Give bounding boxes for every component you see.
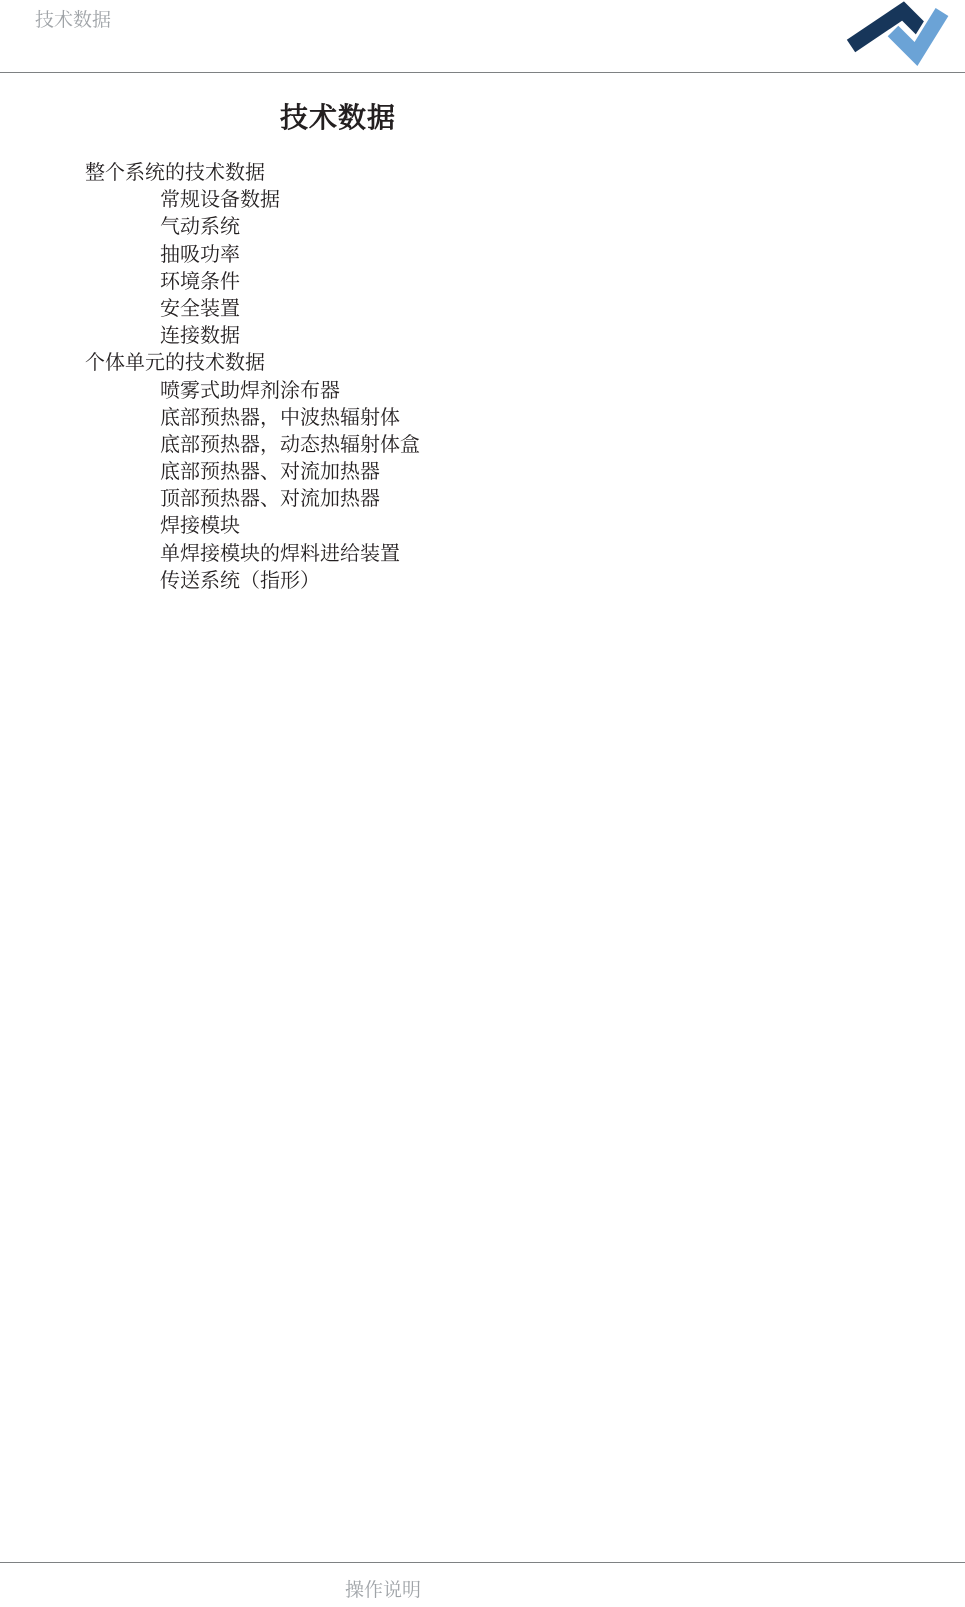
header-divider: [0, 72, 965, 73]
toc-list: 整个系统的技术数据常规设备数据气动系统抽吸功率环境条件安全装置连接数据个体单元的…: [85, 160, 420, 595]
toc-entry: 喷雾式助焊剂涂布器: [85, 378, 420, 405]
toc-entry: 单焊接模块的焊料进给装置: [85, 541, 420, 568]
toc-entry: 底部预热器，中波热辐射体: [85, 405, 420, 432]
running-header-title: 技术数据: [35, 9, 111, 33]
toc-entry: 个体单元的技术数据: [85, 350, 420, 377]
toc-entry: 环境条件: [85, 269, 420, 296]
toc-entry: 安全装置: [85, 296, 420, 323]
toc-entry: 常规设备数据: [85, 187, 420, 214]
toc-entry: 气动系统: [85, 214, 420, 241]
company-logo-icon: [845, 0, 950, 68]
toc-entry: 连接数据: [85, 323, 420, 350]
toc-entry: 顶部预热器、对流加热器: [85, 486, 420, 513]
toc-entry: 抽吸功率: [85, 242, 420, 269]
toc-entry: 底部预热器、对流加热器: [85, 459, 420, 486]
toc-entry: 传送系统（指形）: [85, 568, 420, 595]
footer-divider: [0, 1562, 965, 1563]
toc-entry: 底部预热器，动态热辐射体盒: [85, 432, 420, 459]
document-page: 技术数据 技术数据 整个系统的技术数据常规设备数据气动系统抽吸功率环境条件安全装…: [0, 0, 965, 1607]
toc-entry: 整个系统的技术数据: [85, 160, 420, 187]
toc-entry: 焊接模块: [85, 513, 420, 540]
running-footer-label: 操作说明: [345, 1579, 421, 1603]
page-title: 技术数据: [280, 103, 396, 134]
